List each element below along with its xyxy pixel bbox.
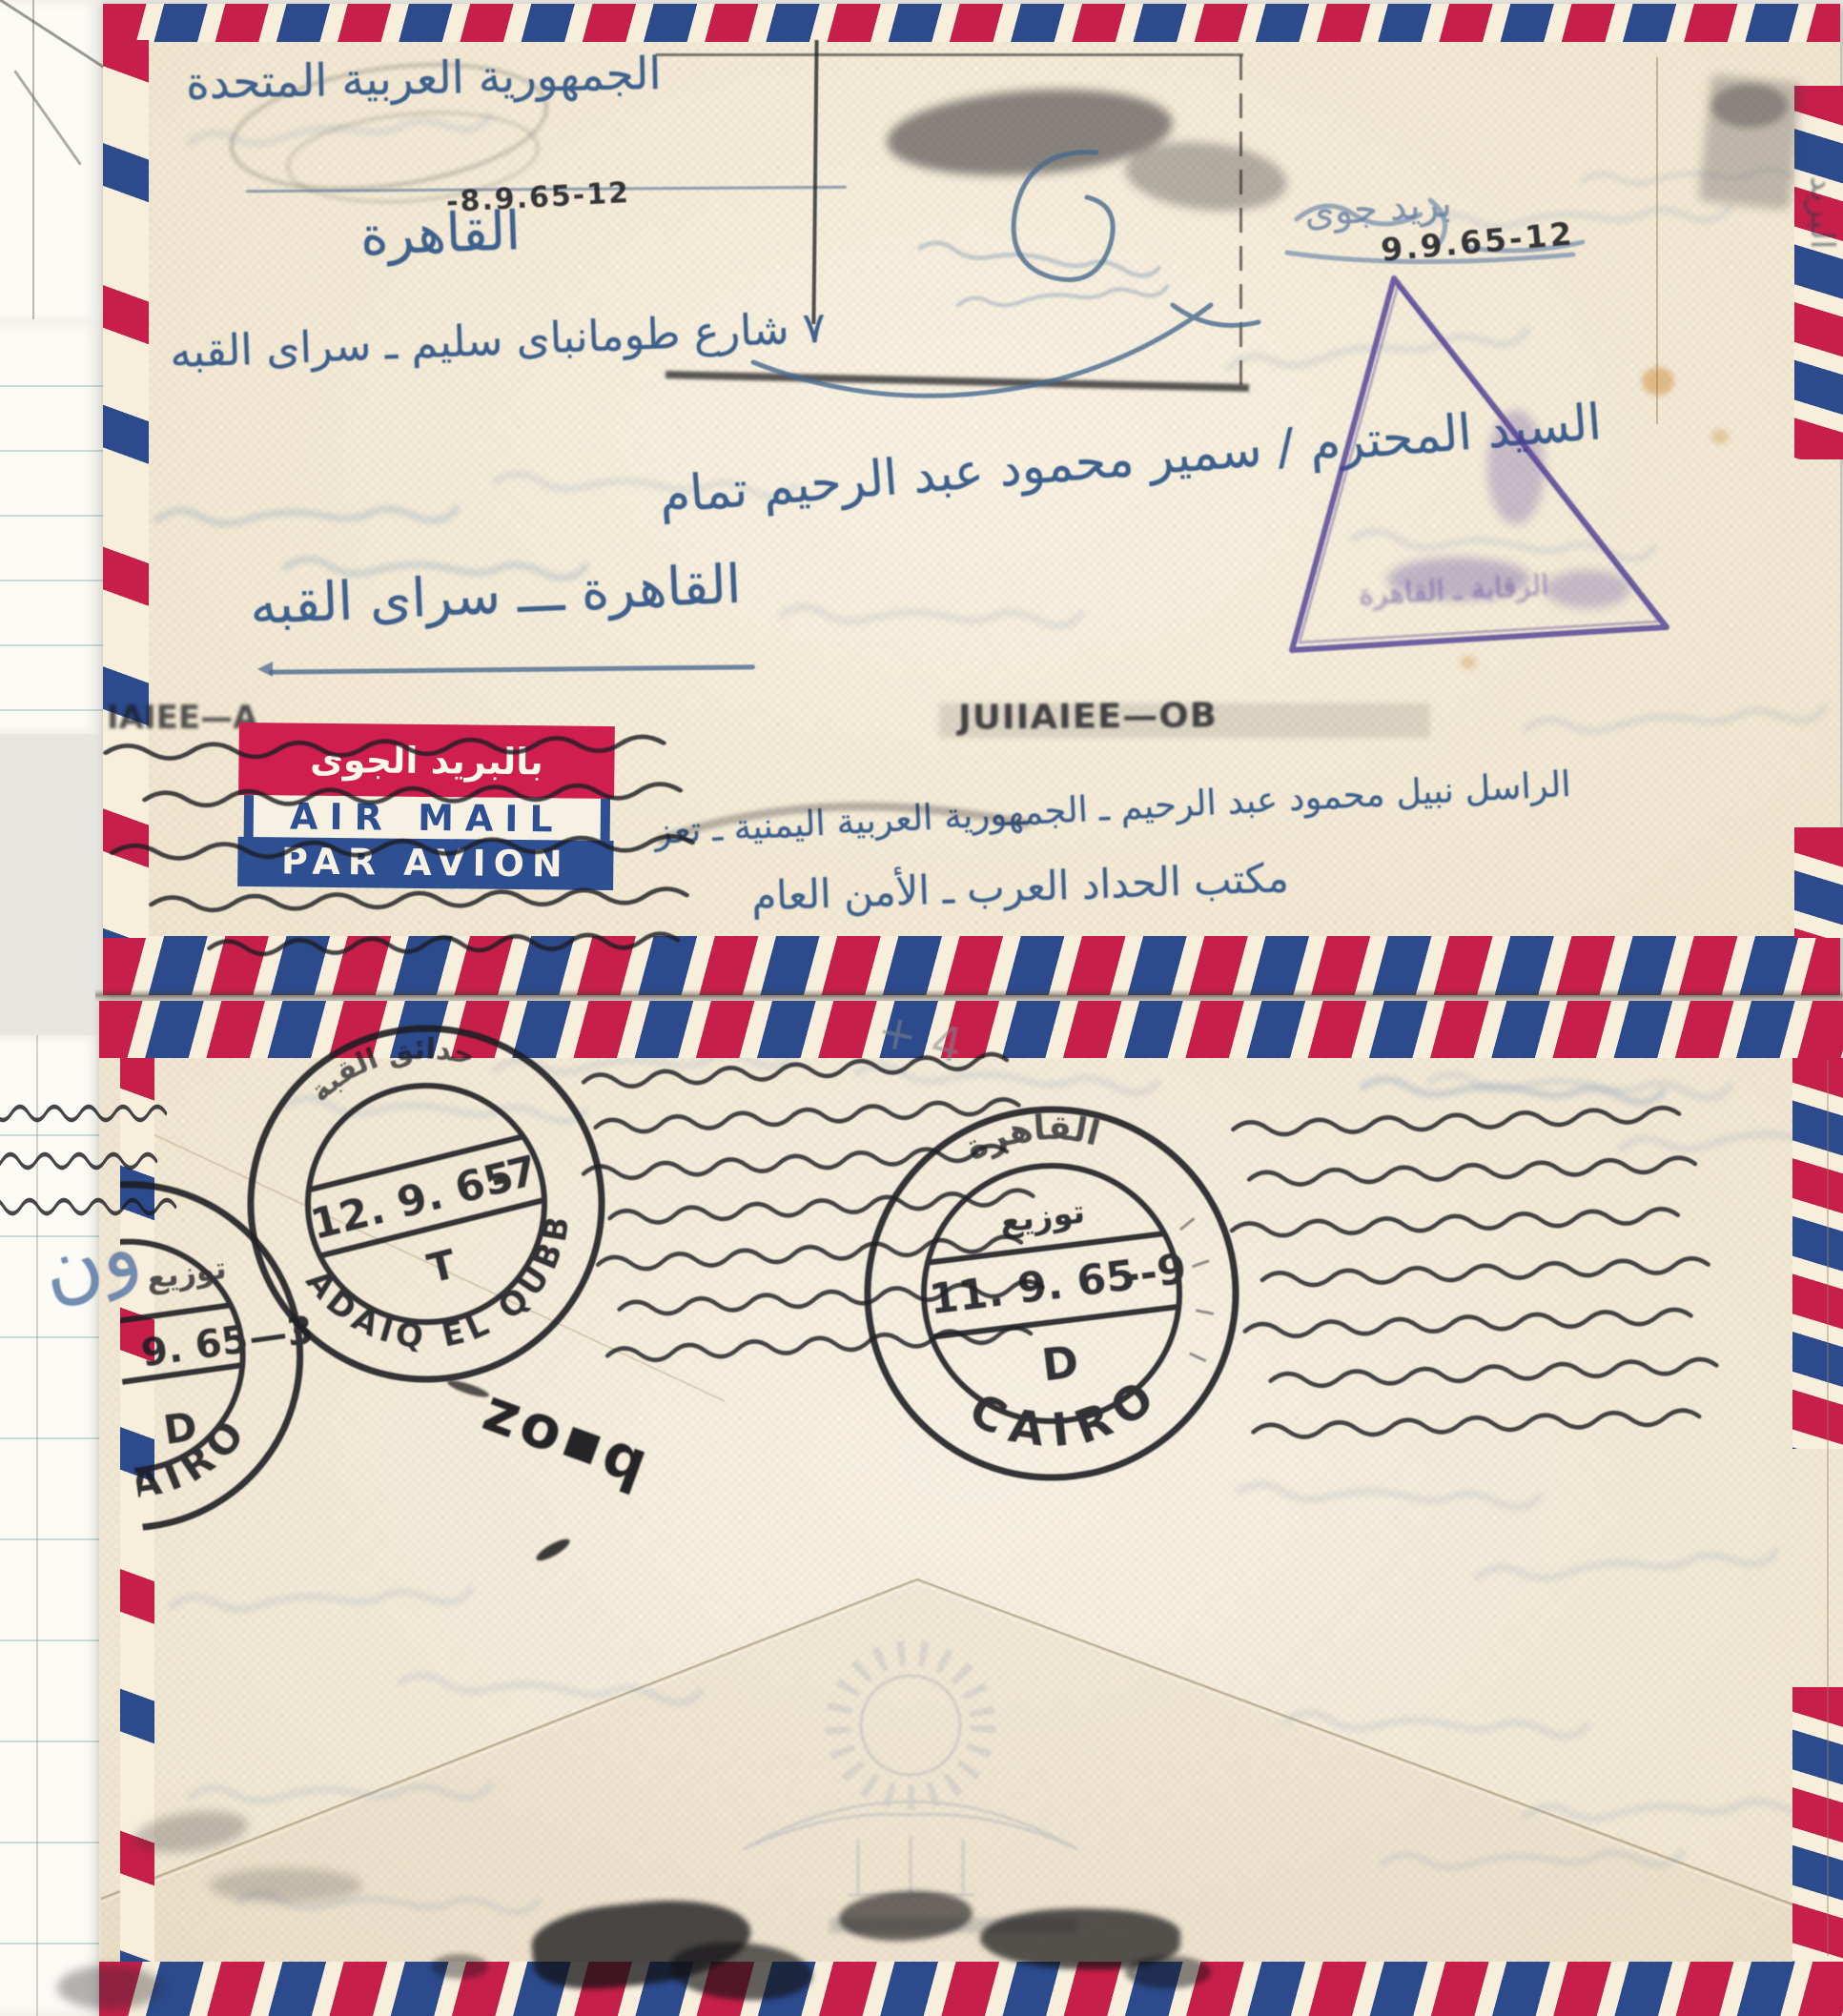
- postmark-code: D: [1039, 1335, 1081, 1391]
- grey-smudge: [210, 1868, 362, 1903]
- back-right-airmail-border: [1792, 1687, 1843, 1962]
- back-bottom-airmail-border: [99, 1962, 1843, 2016]
- postmark-service-arabic: توزيع: [997, 1192, 1087, 1241]
- postmark-hour: —3: [246, 1309, 317, 1361]
- black-print-smudge: [431, 1954, 488, 1979]
- back-right-airmail-border: [1792, 1058, 1843, 1449]
- postmark-code: T: [423, 1240, 461, 1293]
- postmark-hour: --9: [1119, 1245, 1189, 1301]
- grey-smudge: [57, 1965, 162, 2009]
- cancel-waves-left: [0, 1085, 181, 1228]
- cancel-waves-cairo: [1203, 1092, 1737, 1493]
- postmark-service-arabic: توزيع: [144, 1250, 229, 1296]
- envelope-scan: الجمهورية العربية المتحدة القاهرة ٧ شارع…: [0, 0, 1843, 2016]
- envelope-edge-line: [1827, 1060, 1829, 1956]
- black-print-smudge: [1125, 1956, 1211, 1988]
